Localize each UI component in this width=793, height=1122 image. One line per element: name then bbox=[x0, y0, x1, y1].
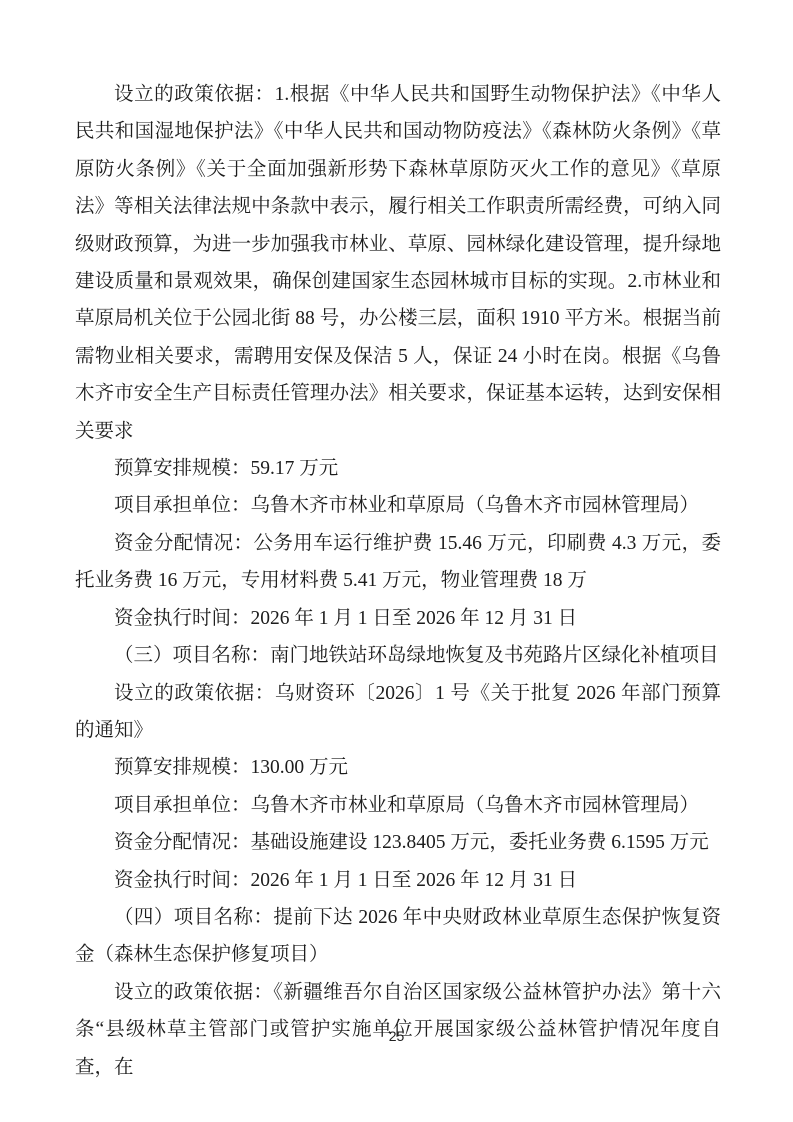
document-page: 设立的政策依据：1.根据《中华人民共和国野生动物保护法》《中华人民共和国湿地保护… bbox=[0, 0, 793, 1122]
paragraph-project2-budget-scale: 预算安排规模：59.17 万元 bbox=[75, 450, 721, 487]
page-number: 25 bbox=[0, 1026, 793, 1046]
paragraph-project2-execution-period: 资金执行时间：2026 年 1 月 1 日至 2026 年 12 月 31 日 bbox=[75, 600, 721, 637]
paragraph-project2-undertaking-unit: 项目承担单位：乌鲁木齐市林业和草原局（乌鲁木齐市园林管理局） bbox=[75, 487, 721, 524]
paragraph-project3-fund-allocation: 资金分配情况：基础设施建设 123.8405 万元，委托业务费 6.1595 万… bbox=[75, 824, 721, 861]
paragraph-project3-name: （三）项目名称：南门地铁站环岛绿地恢复及书苑路片区绿化补植项目 bbox=[75, 637, 721, 674]
document-body: 设立的政策依据：1.根据《中华人民共和国野生动物保护法》《中华人民共和国湿地保护… bbox=[75, 76, 721, 1086]
paragraph-project4-name: （四）项目名称：提前下达 2026 年中央财政林业草原生态保护恢复资金（森林生态… bbox=[75, 899, 721, 974]
paragraph-project3-execution-period: 资金执行时间：2026 年 1 月 1 日至 2026 年 12 月 31 日 bbox=[75, 862, 721, 899]
paragraph-project3-undertaking-unit: 项目承担单位：乌鲁木齐市林业和草原局（乌鲁木齐市园林管理局） bbox=[75, 787, 721, 824]
paragraph-project2-fund-allocation: 资金分配情况：公务用车运行维护费 15.46 万元，印刷费 4.3 万元，委托业… bbox=[75, 525, 721, 600]
paragraph-project2-policy-basis: 设立的政策依据：1.根据《中华人民共和国野生动物保护法》《中华人民共和国湿地保护… bbox=[75, 76, 721, 450]
paragraph-project3-policy-basis: 设立的政策依据：乌财资环〔2026〕1 号《关于批复 2026 年部门预算的通知… bbox=[75, 675, 721, 750]
paragraph-project3-budget-scale: 预算安排规模：130.00 万元 bbox=[75, 749, 721, 786]
